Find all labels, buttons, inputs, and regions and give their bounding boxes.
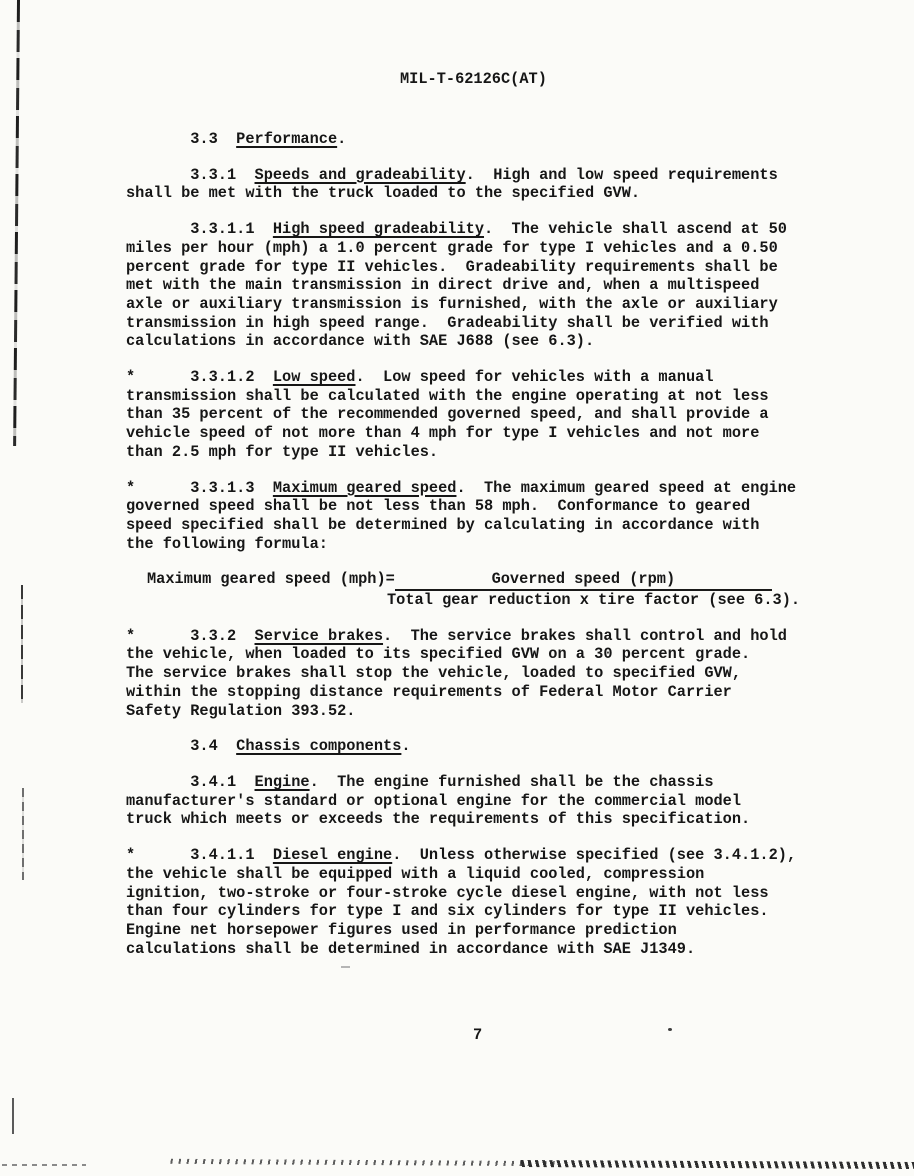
underlined-heading: Chassis components [236,737,401,755]
text-line: governed speed shall be not less than 58… [126,497,886,516]
underlined-heading: High speed gradeability [273,220,484,238]
text-line: speed specified shall be determined by c… [126,516,886,535]
text-line: calculations shall be determined in acco… [126,940,886,959]
section-3-3-1-3-maximum-geared-speed: * 3.3.1.3 Maximum geared speed. The maxi… [126,479,886,554]
section-3-4-1-engine: 3.4.1 Engine. The engine furnished shall… [126,773,886,829]
text-line: transmission in high speed range. Gradea… [126,314,886,333]
text-line: transmission shall be calculated with th… [126,387,886,406]
section-3-4-1-1-diesel-engine: * 3.4.1.1 Diesel engine. Unless otherwis… [126,846,886,958]
formula-denominator: Total gear reduction x tire factor (see … [387,591,800,609]
text-run: * 3.3.1.3 [126,479,273,497]
text-line: within the stopping distance requirement… [126,683,886,702]
text-run: Engine net horsepower figures used in pe… [126,921,677,939]
text-run: calculations shall be determined in acco… [126,940,695,958]
section-3-3-1-1-high-speed-gradeability: 3.3.1.1 High speed gradeability. The veh… [126,220,886,351]
underlined-heading: Diesel engine [273,846,392,864]
text-run: Safety Regulation 393.52. [126,702,356,720]
text-run: calculations in accordance with SAE J688… [126,332,594,350]
scan-artifact-left-edge-line-top [13,0,20,446]
text-run: than 2.5 mph for type II vehicles. [126,443,438,461]
text-run: . High and low speed requirements [466,166,778,184]
underlined-heading: Engine [255,773,310,791]
text-line: * 3.3.1.3 Maximum geared speed. The maxi… [126,479,886,498]
text-run: percent grade for type II vehicles. Grad… [126,258,778,276]
text-run: within the stopping distance requirement… [126,683,732,701]
scan-artifact-ink-dot [668,1028,672,1031]
text-run: truck which meets or exceeds the require… [126,810,750,828]
text-run: * 3.4.1.1 [126,846,273,864]
scan-artifact-bottom-dashes-left [2,1164,86,1166]
text-line: axle or auxiliary transmission is furnis… [126,295,886,314]
text-run: governed speed shall be not less than 58… [126,497,750,515]
scan-artifact-left-edge-tick [12,1098,14,1134]
text-line: 3.3 Performance. [126,130,886,149]
text-run: miles per hour (mph) a 1.0 percent grade… [126,239,778,257]
text-line: miles per hour (mph) a 1.0 percent grade… [126,239,886,258]
text-line: 3.4.1 Engine. The engine furnished shall… [126,773,886,792]
text-run: . [337,130,346,148]
text-run: * 3.3.2 [126,627,255,645]
document-body: 3.3 Performance. 3.3.1 Speeds and gradea… [126,130,886,975]
text-run: transmission shall be calculated with th… [126,387,769,405]
text-line: Safety Regulation 393.52. [126,702,886,721]
text-line: shall be met with the truck loaded to th… [126,184,886,203]
formula-label: Maximum geared speed (mph)= [147,570,395,588]
text-line: calculations in accordance with SAE J688… [126,332,886,351]
section-3-3-2-service-brakes: * 3.3.2 Service brakes. The service brak… [126,627,886,721]
underlined-heading: Low speed [273,368,356,386]
section-3-4-chassis-components: 3.4 Chassis components. [126,737,886,756]
text-line: * 3.4.1.1 Diesel engine. Unless otherwis… [126,846,886,865]
maximum-geared-speed-formula: Maximum geared speed (mph)=Governed spee… [126,570,886,609]
scan-artifact-left-edge-line-middle [21,585,23,703]
text-run: . Unless otherwise specified (see 3.4.1.… [392,846,796,864]
text-run: 3.4 [126,737,236,755]
text-line: 3.4 Chassis components. [126,737,886,756]
text-run: axle or auxiliary transmission is furnis… [126,295,778,313]
section-3-3-1-2-low-speed: * 3.3.1.2 Low speed. Low speed for vehic… [126,368,886,462]
text-run: the vehicle shall be equipped with a liq… [126,865,704,883]
text-run: 3.4.1 [126,773,255,791]
text-line: met with the main transmission in direct… [126,276,886,295]
underlined-heading: Service brakes [255,627,384,645]
text-run: . The vehicle shall ascend at 50 [484,220,787,238]
text-line: than 2.5 mph for type II vehicles. [126,443,886,462]
text-run: the vehicle, when loaded to its specifie… [126,645,750,663]
underlined-heading: Performance [236,130,337,148]
text-run: . The engine furnished shall be the chas… [310,773,714,791]
scan-artifact-bottom-jagged-line [168,1159,558,1166]
text-run: the following formula: [126,535,328,553]
text-line: than four cylinders for type I and six c… [126,902,886,921]
text-run: . Low speed for vehicles with a manual [356,368,714,386]
text-line: manufacturer's standard or optional engi… [126,792,886,811]
text-line: * 3.3.2 Service brakes. The service brak… [126,627,886,646]
text-run: shall be met with the truck loaded to th… [126,184,640,202]
text-run: transmission in high speed range. Gradea… [126,314,769,332]
document-id-header: MIL-T-62126C(AT) [400,70,547,89]
text-line: than 35 percent of the recommended gover… [126,405,886,424]
text-run: met with the main transmission in direct… [126,276,759,294]
formula-fraction-bar: Governed speed (rpm) [395,570,772,591]
text-line: 3.3.1.1 High speed gradeability. The veh… [126,220,886,239]
text-line: percent grade for type II vehicles. Grad… [126,258,886,277]
scanned-document-page: { "document": { "header": "MIL-T-62126C(… [0,0,914,1176]
text-line: 3.3.1 Speeds and gradeability. High and … [126,166,886,185]
text-line: the vehicle, when loaded to its specifie… [126,645,886,664]
text-line: Engine net horsepower figures used in pe… [126,921,886,940]
text-run: vehicle speed of not more than 4 mph for… [126,424,759,442]
text-line: * 3.3.1.2 Low speed. Low speed for vehic… [126,368,886,387]
text-line: The service brakes shall stop the vehicl… [126,664,886,683]
text-line: vehicle speed of not more than 4 mph for… [126,424,886,443]
section-3-3-performance: 3.3 Performance. [126,130,886,149]
section-3-3-1-speeds-and-gradeability: 3.3.1 Speeds and gradeability. High and … [126,166,886,203]
text-run: manufacturer's standard or optional engi… [126,792,741,810]
text-run: ignition, two-stroke or four-stroke cycl… [126,884,769,902]
text-run: . The service brakes shall control and h… [383,627,787,645]
text-run: than four cylinders for type I and six c… [126,902,769,920]
text-run: . The maximum geared speed at engine [456,479,796,497]
text-run: 3.3.1.1 [126,220,273,238]
text-line: ignition, two-stroke or four-stroke cycl… [126,884,886,903]
text-run: * 3.3.1.2 [126,368,273,386]
text-line: the following formula: [126,535,886,554]
scan-artifact-left-edge-line-lower [22,788,24,880]
text-run: 3.3.1 [126,166,255,184]
text-line: truck which meets or exceeds the require… [126,810,886,829]
underlined-heading: Speeds and gradeability [255,166,466,184]
text-run: speed specified shall be determined by c… [126,516,759,534]
text-line: the vehicle shall be equipped with a liq… [126,865,886,884]
text-run: 3.3 [126,130,236,148]
underlined-heading: Maximum geared speed [273,479,457,497]
text-run: . [401,737,410,755]
scan-artifact-bottom-jagged-line-dark [520,1160,914,1169]
text-run: The service brakes shall stop the vehicl… [126,664,741,682]
formula-numerator: Governed speed (rpm) [492,570,676,588]
page-number: 7 [473,1026,482,1045]
text-run: than 35 percent of the recommended gover… [126,405,769,423]
